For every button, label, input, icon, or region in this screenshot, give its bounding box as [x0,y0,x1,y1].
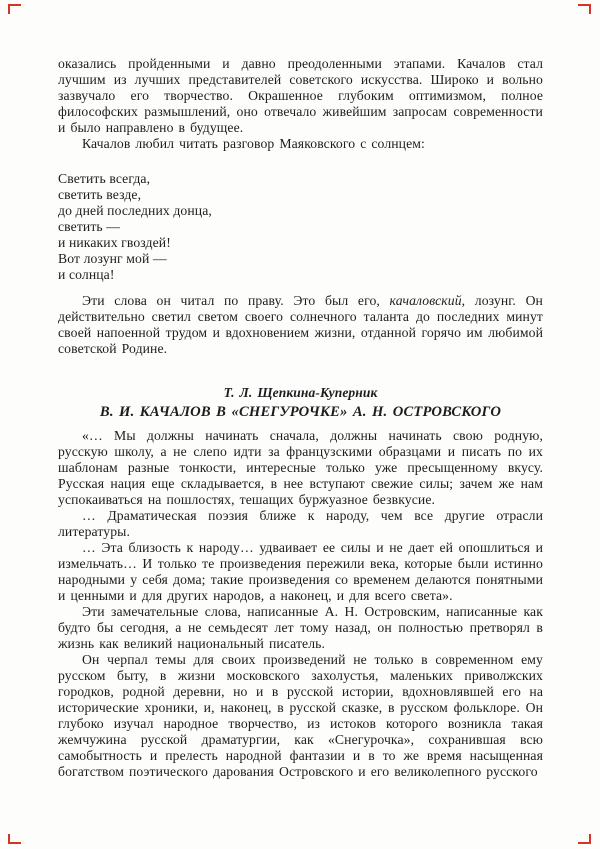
crop-mark-bottom-right-icon [578,834,591,844]
intro-line: Качалов любил читать разговор Маяковског… [58,136,543,152]
poem-line: Светить всегда, [58,171,543,187]
section-author: Т. Л. Щепкина-Куперник [58,383,543,402]
closing-text-before: Эти слова он читал по праву. Это был его… [82,293,390,308]
poem-line: светить — [58,219,543,235]
poem-line: Вот лозунг мой — [58,251,543,267]
closing-paragraph: Эти слова он читал по праву. Это был его… [58,293,543,357]
section-paragraph: Он черпал темы для своих произведений не… [58,652,543,780]
section-paragraph: … Драматическая поэзия ближе к народу, ч… [58,508,543,540]
crop-mark-top-right-icon [578,4,591,14]
poem-line: и солнца! [58,267,543,283]
opening-paragraph: оказались пройденными и давно преодоленн… [58,56,543,136]
section-paragraph: Эти замечательные слова, написанные А. Н… [58,604,543,652]
page-text-block: оказались пройденными и давно преодоленн… [58,56,543,780]
mayakovsky-poem: Светить всегда, светить везде, до дней п… [58,171,543,283]
poem-line: до дней последних донца, [58,203,543,219]
section-paragraph: «… Мы должны начинать сначала, должны на… [58,428,543,508]
section-paragraph: … Эта близость к народу… удваивает ее си… [58,540,543,604]
section-title: В. И. КАЧАЛОВ В «СНЕГУРОЧКЕ» А. Н. ОСТРО… [58,402,543,422]
poem-line: светить везде, [58,187,543,203]
book-page: оказались пройденными и давно преодоленн… [0,0,600,849]
poem-line: и никаких гвоздей! [58,235,543,251]
crop-mark-bottom-left-icon [8,834,21,844]
closing-italic-word: качаловский [390,293,462,308]
crop-mark-top-left-icon [8,4,21,14]
